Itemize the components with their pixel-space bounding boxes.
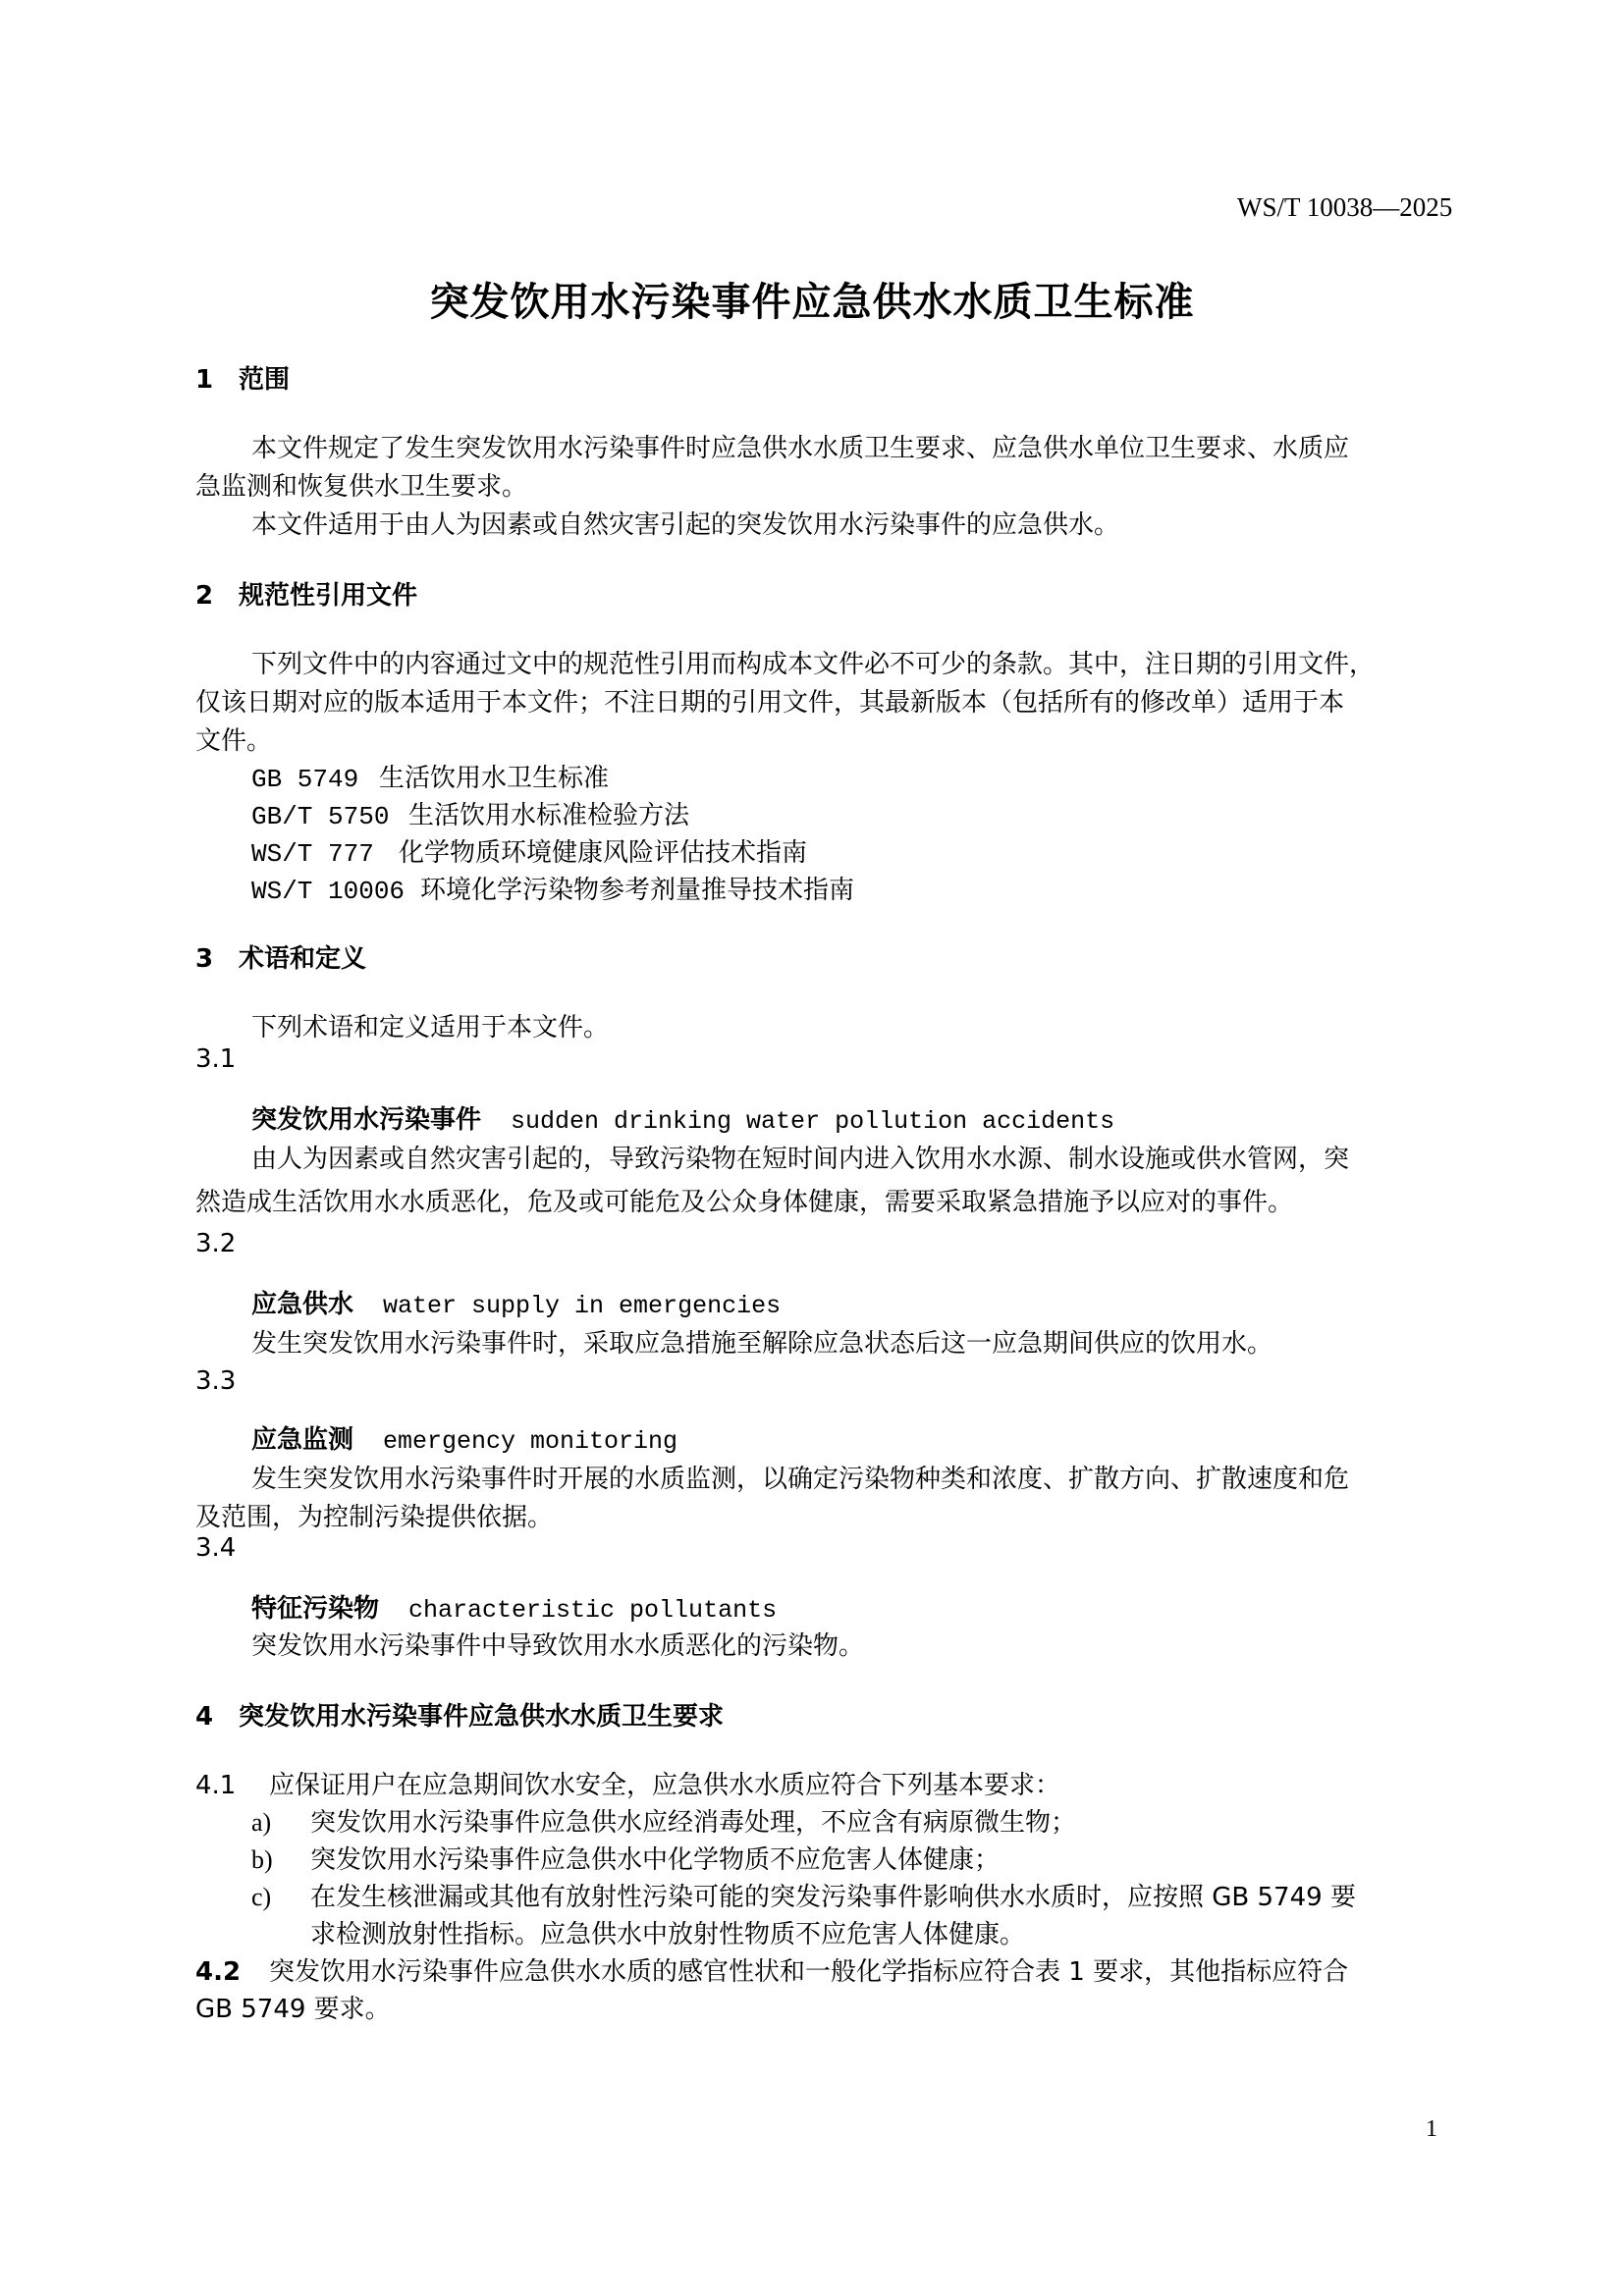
term-definition-line1: 发生突发饮用水污染事件时，采取应急措施至解除应急状态后这一应急期间供应的饮用水。 [251,1323,1272,1360]
reference-title: 生活饮用水标准检验方法 [408,801,689,830]
terms-intro: 下列术语和定义适用于本文件。 [251,1007,609,1043]
standard-number: WS/T 10038—2025 [1237,192,1452,223]
page-number: 1 [1426,2116,1437,2143]
term-definition-line1: 由人为因素或自然灾害引起的，导致污染物在短时间内进入饮用水水源、制水设施或供水管… [251,1139,1349,1175]
scope-para2: 本文件适用于由人为因素或自然灾害引起的突发饮用水污染事件的应急供水。 [251,505,1119,541]
term-entry: 突发饮用水污染事件sudden drinking water pollution… [251,1099,1114,1136]
reference-item: GB 5749生活饮用水卫生标准 [251,758,609,794]
term-en: sudden drinking water pollution accident… [511,1107,1114,1136]
clause-text: 突发饮用水污染事件应急供水水质的感官性状和一般化学指标应符合表 1 要求，其他指… [269,1957,1348,1987]
section-4-heading: 4突发饮用水污染事件应急供水水质卫生要求 [195,1696,724,1733]
list-marker: a) [251,1808,310,1838]
reference-item: WS/T 10006环境化学污染物参考剂量推导技术指南 [251,870,854,906]
clause-number: 4.2 [195,1957,269,1987]
term-entry: 特征污染物characteristic pollutants [251,1588,777,1625]
scope-para1-line1: 本文件规定了发生突发饮用水污染事件时应急供水水质卫生要求、应急供水单位卫生要求、… [251,428,1349,464]
term-entry: 应急供水water supply in emergencies [251,1284,781,1320]
list-marker: b) [251,1845,310,1875]
section-number: 1 [195,365,239,395]
term-en: emergency monitoring [383,1427,677,1456]
reference-item: WS/T 777化学物质环境健康风险评估技术指南 [251,832,807,869]
list-item: a)突发饮用水污染事件应急供水应经消毒处理，不应含有病原微生物； [251,1802,1076,1839]
term-number: 3.1 [195,1044,236,1074]
section-2-heading: 2规范性引用文件 [195,575,417,612]
scope-para1-line2: 急监测和恢复供水卫生要求。 [195,466,527,503]
reference-code: GB 5749 [251,765,379,794]
list-marker: c) [251,1883,310,1912]
document-title: 突发饮用水污染事件应急供水水质卫生标准 [0,271,1624,327]
section-title: 规范性引用文件 [239,581,417,611]
term-number: 3.3 [195,1366,236,1396]
list-item: c)在发生核泄漏或其他有放射性污染可能的突发污染事件影响供水水质时，应按照 GB… [251,1877,1356,1913]
section-title: 术语和定义 [239,944,366,974]
list-item: b)突发饮用水污染事件应急供水中化学物质不应危害人体健康； [251,1840,1000,1876]
list-text: 突发饮用水污染事件应急供水中化学物质不应危害人体健康； [310,1845,1000,1875]
clause-4-2: 4.2突发饮用水污染事件应急供水水质的感官性状和一般化学指标应符合表 1 要求，… [195,1951,1348,1988]
reference-item: GB/T 5750生活饮用水标准检验方法 [251,795,689,831]
section-1-heading: 1范围 [195,359,290,396]
term-en: water supply in emergencies [383,1292,781,1320]
clause-4-2-line2: GB 5749 要求。 [195,1989,391,2025]
section-title: 突发饮用水污染事件应急供水水质卫生要求 [239,1702,724,1732]
list-text: 在发生核泄漏或其他有放射性污染可能的突发污染事件影响供水水质时，应按照 GB 5… [310,1883,1356,1912]
reference-code: WS/T 777 [251,839,399,869]
section-3-heading: 3术语和定义 [195,938,366,975]
term-definition-line1: 发生突发饮用水污染事件时开展的水质监测，以确定污染物种类和浓度、扩散方向、扩散速… [251,1459,1349,1495]
term-definition-line2: 然造成生活饮用水水质恶化，危及或可能危及公众身体健康，需要采取紧急措施予以应对的… [195,1182,1293,1218]
term-number: 3.4 [195,1533,236,1563]
normative-para-line2: 仅该日期对应的版本适用于本文件；不注日期的引用文件，其最新版本（包括所有的修改单… [195,682,1344,719]
reference-title: 化学物质环境健康风险评估技术指南 [399,838,807,868]
list-text-continuation: 求检测放射性指标。应急供水中放射性物质不应危害人体健康。 [310,1914,1025,1950]
clause-4-1: 4.1应保证用户在应急期间饮水安全，应急供水水质应符合下列基本要求： [195,1765,1060,1801]
term-definition-line2: 及范围，为控制污染提供依据。 [195,1497,553,1533]
document-page: WS/T 10038—2025 突发饮用水污染事件应急供水水质卫生标准 1范围 … [0,0,1624,2296]
normative-para-line3: 文件。 [195,721,272,757]
section-title: 范围 [239,365,290,395]
list-text: 突发饮用水污染事件应急供水应经消毒处理，不应含有病原微生物； [310,1808,1076,1838]
term-number: 3.2 [195,1229,236,1258]
term-zh: 应急监测 [251,1425,353,1455]
term-zh: 突发饮用水污染事件 [251,1105,481,1135]
reference-code: GB/T 5750 [251,802,408,831]
clause-text: 应保证用户在应急期间饮水安全，应急供水水质应符合下列基本要求： [269,1771,1060,1800]
normative-para-line1: 下列文件中的内容通过文中的规范性引用而构成本文件必不可少的条款。其中，注日期的引… [251,644,1375,680]
section-number: 2 [195,581,239,611]
clause-number: 4.1 [195,1771,269,1800]
section-number: 3 [195,944,239,974]
reference-title: 生活饮用水卫生标准 [379,764,609,793]
term-zh: 特征污染物 [251,1594,379,1624]
term-zh: 应急供水 [251,1290,353,1319]
section-number: 4 [195,1702,239,1732]
term-en: characteristic pollutants [408,1596,777,1625]
reference-code: WS/T 10006 [251,877,420,906]
term-definition-line1: 突发饮用水污染事件中导致饮用水水质恶化的污染物。 [251,1626,864,1662]
term-entry: 应急监测emergency monitoring [251,1419,677,1456]
reference-title: 环境化学污染物参考剂量推导技术指南 [420,876,854,905]
